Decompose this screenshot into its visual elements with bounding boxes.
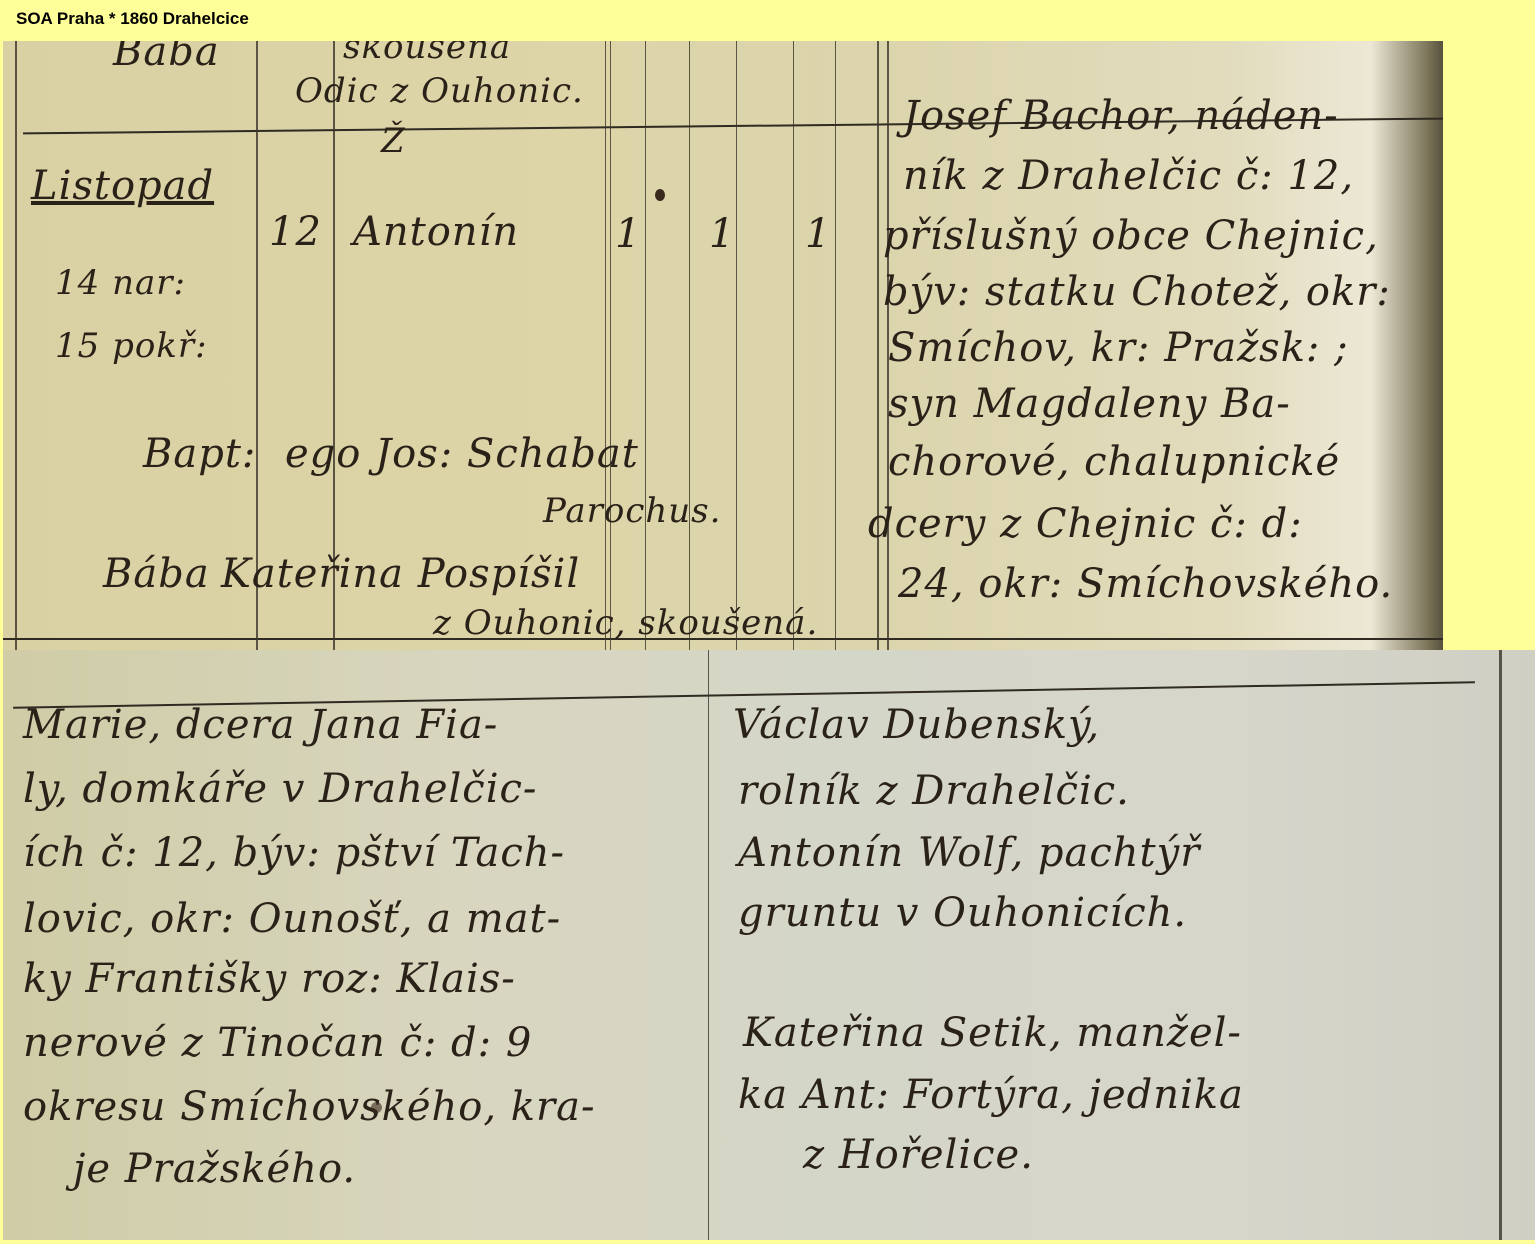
- midwife-name: Kateřina Pospíšil: [221, 551, 580, 597]
- mark-catholic: 1: [615, 211, 641, 257]
- father-line: dcery z Chejnic č: d:: [868, 501, 1303, 547]
- column-rule: [610, 41, 611, 650]
- header-place: Odic z Ouhonic.: [295, 71, 584, 111]
- header-midwife-label: Bába: [113, 41, 220, 75]
- midwife-place: z Ouhonic, skoušená.: [433, 603, 818, 643]
- mother-line: lovic, okr: Ounošť, a mat-: [23, 896, 561, 942]
- ink-blot: [371, 1102, 382, 1113]
- mark-legitimate: 1: [805, 211, 831, 257]
- mother-line: je Pražského.: [73, 1146, 356, 1192]
- column-rule: [689, 41, 690, 650]
- godparent-line: ka Ant: Fortýra, jednika: [738, 1072, 1244, 1118]
- column-rule: [708, 650, 709, 1240]
- godparent-line: Kateřina Setik, manžel-: [743, 1010, 1242, 1056]
- column-rule: [793, 41, 794, 650]
- child-name: Antonín: [353, 209, 519, 255]
- column-rule: [877, 41, 879, 650]
- father-line: ník z Drahelčic č: 12,: [903, 153, 1354, 199]
- baptizer-name: ego Jos: Schabat: [285, 431, 639, 477]
- name-marker: Ž: [381, 121, 406, 161]
- mother-line: okresu Smíchovského, kra-: [23, 1084, 596, 1130]
- godparent-line: gruntu v Ouhonicích.: [738, 890, 1187, 936]
- mother-line: Marie, dcera Jana Fia-: [23, 702, 498, 748]
- column-rule: [15, 41, 17, 650]
- godparent-line: Václav Dubenský,: [733, 702, 1100, 748]
- birth-date: 14 nar:: [55, 263, 186, 303]
- baptizer-label: Bapt:: [143, 431, 256, 477]
- godparent-line: Antonín Wolf, pachtýř: [738, 830, 1200, 876]
- godparent-line: rolník z Drahelčic.: [738, 768, 1130, 814]
- header-midwife-cont: skoušená: [343, 41, 511, 67]
- column-rule: [835, 41, 836, 650]
- page-title: SOA Praha * 1860 Drahelcice: [16, 9, 249, 29]
- father-line: chorové, chalupnické: [888, 439, 1340, 485]
- mark-boy: 1: [709, 211, 735, 257]
- column-rule: [605, 41, 606, 650]
- baptism-date: 15 pokř:: [55, 326, 208, 366]
- column-rule: [736, 41, 737, 650]
- baptizer-title: Parochus.: [543, 491, 721, 531]
- father-line: býv: statku Chotež, okr:: [883, 269, 1391, 315]
- column-rule: [645, 41, 646, 650]
- father-line: Smíchov, kr: Pražsk: ;: [888, 325, 1349, 371]
- father-line: příslušný obce Chejnic,: [883, 213, 1379, 259]
- house-number: 12: [269, 209, 322, 255]
- father-line: 24, okr: Smíchovského.: [898, 561, 1393, 607]
- mother-line: ích č: 12, býv: pštví Tach-: [23, 830, 565, 876]
- page-edge-rule: [1499, 650, 1502, 1240]
- month: Listopad: [31, 163, 214, 209]
- register-scan-bottom: Marie, dcera Jana Fia- ly, domkáře v Dra…: [3, 650, 1535, 1240]
- father-line: Josef Bachor, náden-: [903, 93, 1339, 139]
- register-scan-top: Bába skoušená Odic z Ouhonic. Listopad 1…: [3, 41, 1443, 650]
- midwife-label: Bába: [103, 551, 210, 597]
- godparent-line: z Hořelice.: [803, 1132, 1034, 1178]
- mother-line: ly, domkáře v Drahelčic-: [23, 766, 537, 812]
- mother-line: nerové z Tinočan č: d: 9: [23, 1020, 532, 1066]
- father-line: syn Magdaleny Ba-: [888, 381, 1291, 427]
- mother-line: ky Františky roz: Klais-: [23, 956, 516, 1002]
- ink-blot: [655, 189, 665, 201]
